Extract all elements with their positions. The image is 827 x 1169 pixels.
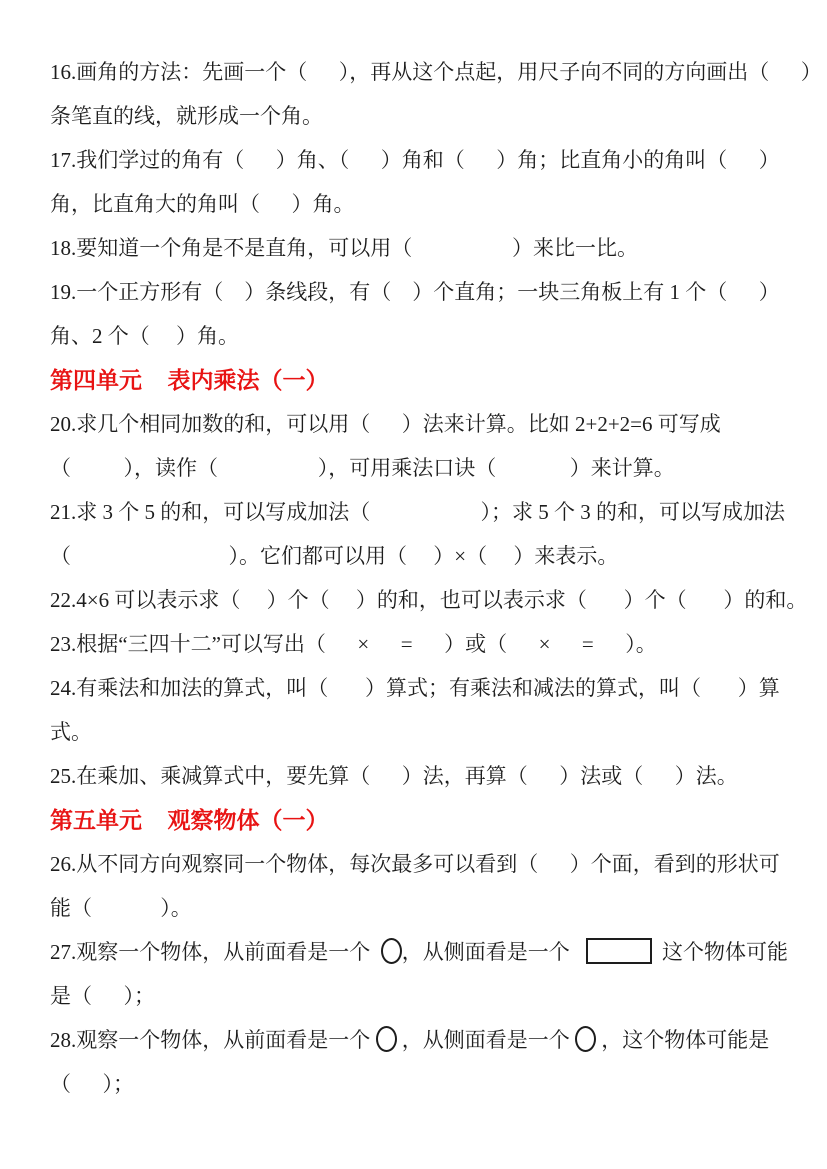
section-header: 第四单元 表内乘法（一）: [50, 358, 783, 402]
circle-shape: [381, 938, 402, 964]
question-line: （ ）；: [50, 1062, 783, 1106]
question-line: 27.观察一个物体，从前面看是一个 ，从侧面看是一个 这个物体可能: [50, 930, 783, 974]
question-line: 21.求 3 个 5 的和，可以写成加法（ ）；求 5 个 3 的和，可以写成加…: [50, 490, 783, 534]
question-line: 20.求几个相同加数的和，可以用（ ）法来计算。比如 2+2+2=6 可写成: [50, 402, 783, 446]
question-line: （ ），读作（ ），可用乘法口诀（ ）来计算。: [50, 446, 783, 490]
question-line: 26.从不同方向观察同一个物体，每次最多可以看到（ ）个面，看到的形状可: [50, 842, 783, 886]
question-line: 角、2 个（ ）角。: [50, 314, 783, 358]
circle-shape: [575, 1026, 596, 1052]
document-page: 16.画角的方法：先画一个（ ），再从这个点起，用尺子向不同的方向画出（ ）条笔…: [0, 0, 827, 1169]
question-line: 24.有乘法和加法的算式，叫（ ）算式；有乘法和减法的算式，叫（ ）算: [50, 666, 783, 710]
section-header: 第五单元 观察物体（一）: [50, 798, 783, 842]
question-line: （ ）。它们都可以用（ ）×（ ）来表示。: [50, 534, 783, 578]
question-line: 16.画角的方法：先画一个（ ），再从这个点起，用尺子向不同的方向画出（ ）: [50, 50, 783, 94]
question-line: 19.一个正方形有（ ）条线段，有（ ）个直角；一块三角板上有 1 个（ ）: [50, 270, 783, 314]
worksheet-content: 16.画角的方法：先画一个（ ），再从这个点起，用尺子向不同的方向画出（ ）条笔…: [50, 50, 783, 1106]
question-line: 角，比直角大的角叫（ ）角。: [50, 182, 783, 226]
circle-shape: [376, 1026, 397, 1052]
question-line: 18.要知道一个角是不是直角，可以用（ ）来比一比。: [50, 226, 783, 270]
question-line: 能（ ）。: [50, 886, 783, 930]
question-line: 23.根据“三四十二”可以写出（ × = ）或（ × = ）。: [50, 622, 783, 666]
question-line: 25.在乘加、乘减算式中，要先算（ ）法，再算（ ）法或（ ）法。: [50, 754, 783, 798]
question-line: 17.我们学过的角有（ ）角、（ ）角和（ ）角；比直角小的角叫（ ）: [50, 138, 783, 182]
question-line: 28.观察一个物体，从前面看是一个 ，从侧面看是一个 ，这个物体可能是: [50, 1018, 783, 1062]
question-line: 22.4×6 可以表示求（ ）个（ ）的和，也可以表示求（ ）个（ ）的和。: [50, 578, 783, 622]
question-line: 是（ ）；: [50, 974, 783, 1018]
question-line: 条笔直的线，就形成一个角。: [50, 94, 783, 138]
rectangle-shape: [586, 938, 652, 964]
question-line: 式。: [50, 710, 783, 754]
